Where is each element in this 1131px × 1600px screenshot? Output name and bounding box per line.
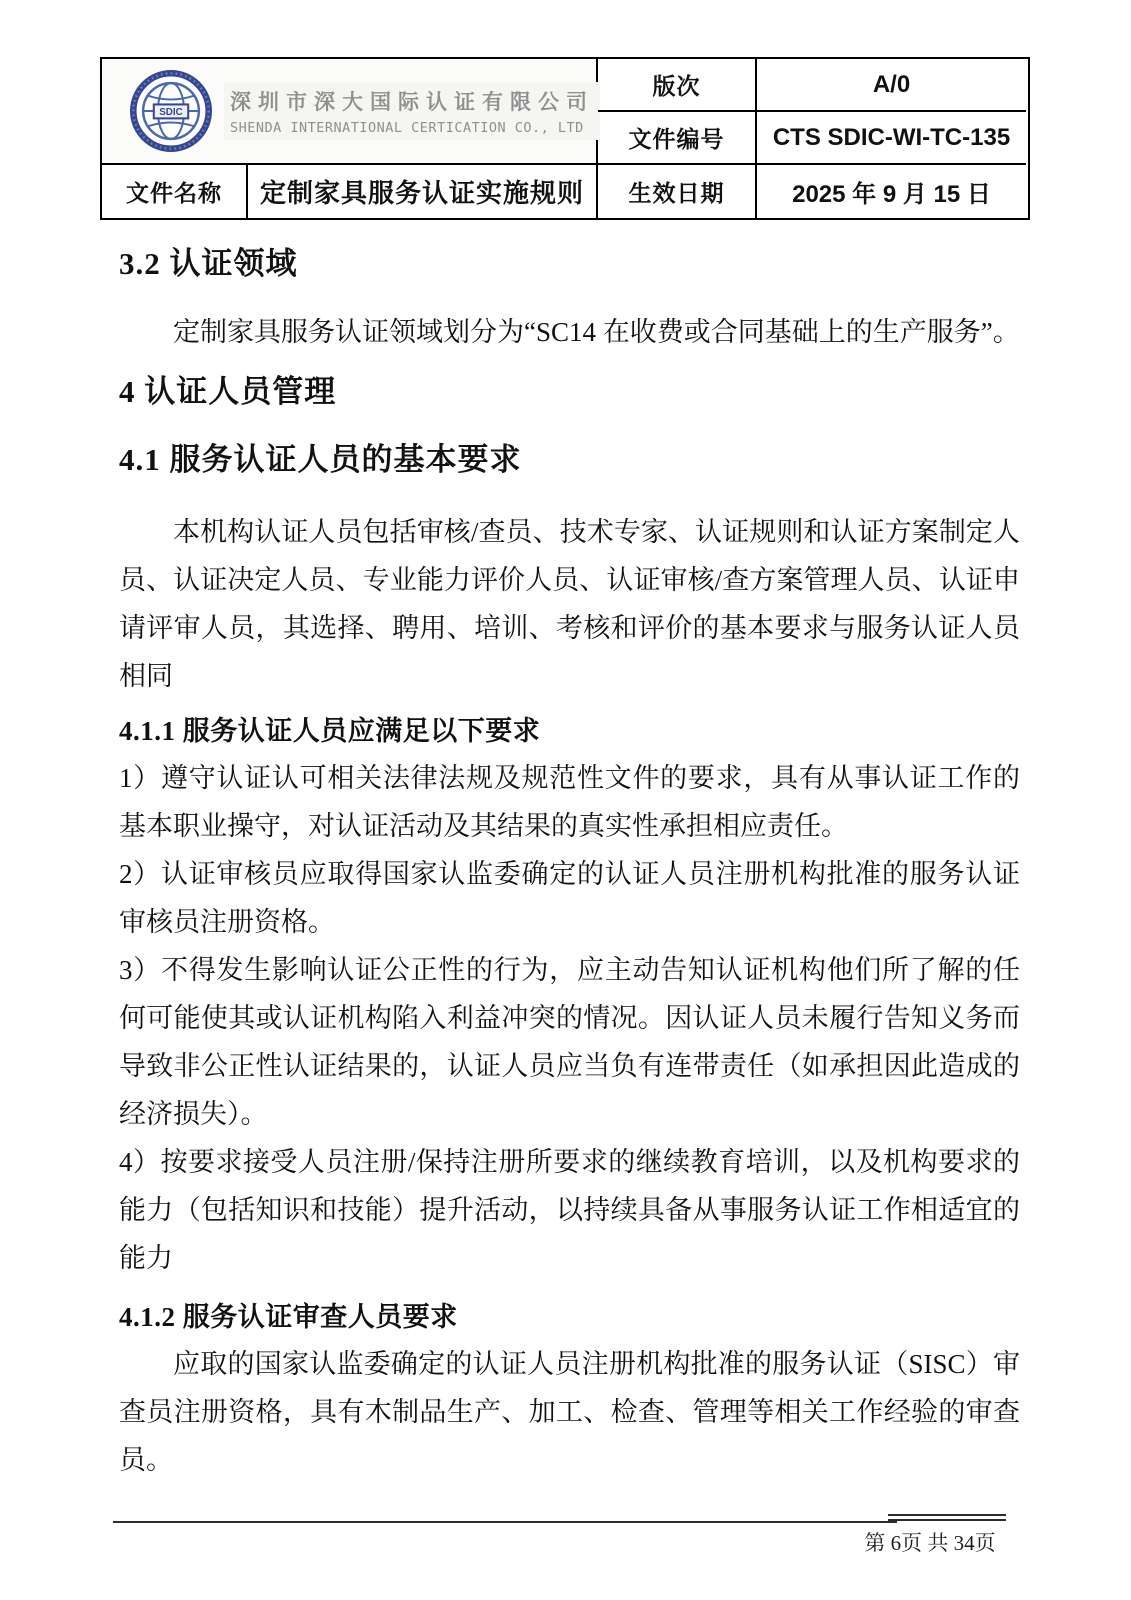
company-name-block: 深圳市深大国际认证有限公司 SHENDA INTERNATIONAL CERTI… bbox=[224, 82, 600, 140]
requirement-item-3: 3）不得发生影响认证公正性的行为，应主动告知认证机构他们所了解的任何可能使其或认… bbox=[119, 946, 1020, 1138]
heading-4: 4 认证人员管理 bbox=[119, 370, 1020, 414]
document-body: 3.2 认证领域 定制家具服务认证领域划分为“SC14 在收费或合同基础上的生产… bbox=[119, 230, 1020, 1484]
footer-double-rule bbox=[888, 1514, 1006, 1521]
footer-rule bbox=[113, 1521, 897, 1523]
heading-4-1: 4.1 服务认证人员的基本要求 bbox=[119, 438, 1020, 482]
requirement-item-1: 1）遵守认证认可相关法律法规及规范性文件的要求，具有从事认证工作的基本职业操守，… bbox=[119, 754, 1020, 850]
requirement-item-4: 4）按要求接受人员注册/保持注册所要求的继续教育培训，以及机构要求的能力（包括知… bbox=[119, 1138, 1020, 1282]
document-page: { "colors": { "logo_ring_blue": "#35488f… bbox=[0, 0, 1131, 1600]
logo-text: SDIC bbox=[159, 107, 182, 118]
heading-3-2: 3.2 认证领域 bbox=[119, 242, 1020, 286]
doc-name-value: 定制家具服务认证实施规则 bbox=[248, 165, 598, 218]
requirement-item-2: 2）认证审核员应取得国家认监委确定的认证人员注册机构批准的服务认证审核员注册资格… bbox=[119, 850, 1020, 946]
document-header-table: SDIC 深圳市深大国际认证有限公司 SHENDA INTERNATIONAL … bbox=[100, 57, 1030, 220]
company-identity-cell: SDIC 深圳市深大国际认证有限公司 SHENDA INTERNATIONAL … bbox=[102, 59, 598, 165]
effective-date-label: 生效日期 bbox=[598, 165, 757, 218]
version-value: A/0 bbox=[757, 59, 1026, 112]
doc-number-value: CTS SDIC-WI-TC-135 bbox=[757, 112, 1026, 165]
version-label: 版次 bbox=[598, 59, 757, 112]
paragraph-4-1-2: 应取的国家认监委确定的认证人员注册机构批准的服务认证（SISC）审查员注册资格，… bbox=[119, 1340, 1020, 1484]
paragraph-4-1: 本机构认证人员包括审核/查员、技术专家、认证规则和认证方案制定人员、认证决定人员… bbox=[119, 508, 1020, 700]
company-logo-icon: SDIC bbox=[130, 70, 212, 152]
doc-number-label: 文件编号 bbox=[598, 112, 757, 165]
company-name-en: SHENDA INTERNATIONAL CERTICATION CO., LT… bbox=[230, 120, 594, 136]
page-number: 第 6页 共 34页 bbox=[850, 1527, 1010, 1557]
doc-name-label: 文件名称 bbox=[102, 165, 248, 218]
heading-4-1-2: 4.1.2 服务认证审查人员要求 bbox=[119, 1294, 1020, 1340]
paragraph-3-2: 定制家具服务认证领域划分为“SC14 在收费或合同基础上的生产服务”。 bbox=[119, 308, 1020, 356]
effective-date-value: 2025 年 9 月 15 日 bbox=[757, 165, 1026, 218]
company-name-cn: 深圳市深大国际认证有限公司 bbox=[230, 86, 594, 116]
heading-4-1-1: 4.1.1 服务认证人员应满足以下要求 bbox=[119, 708, 1020, 754]
